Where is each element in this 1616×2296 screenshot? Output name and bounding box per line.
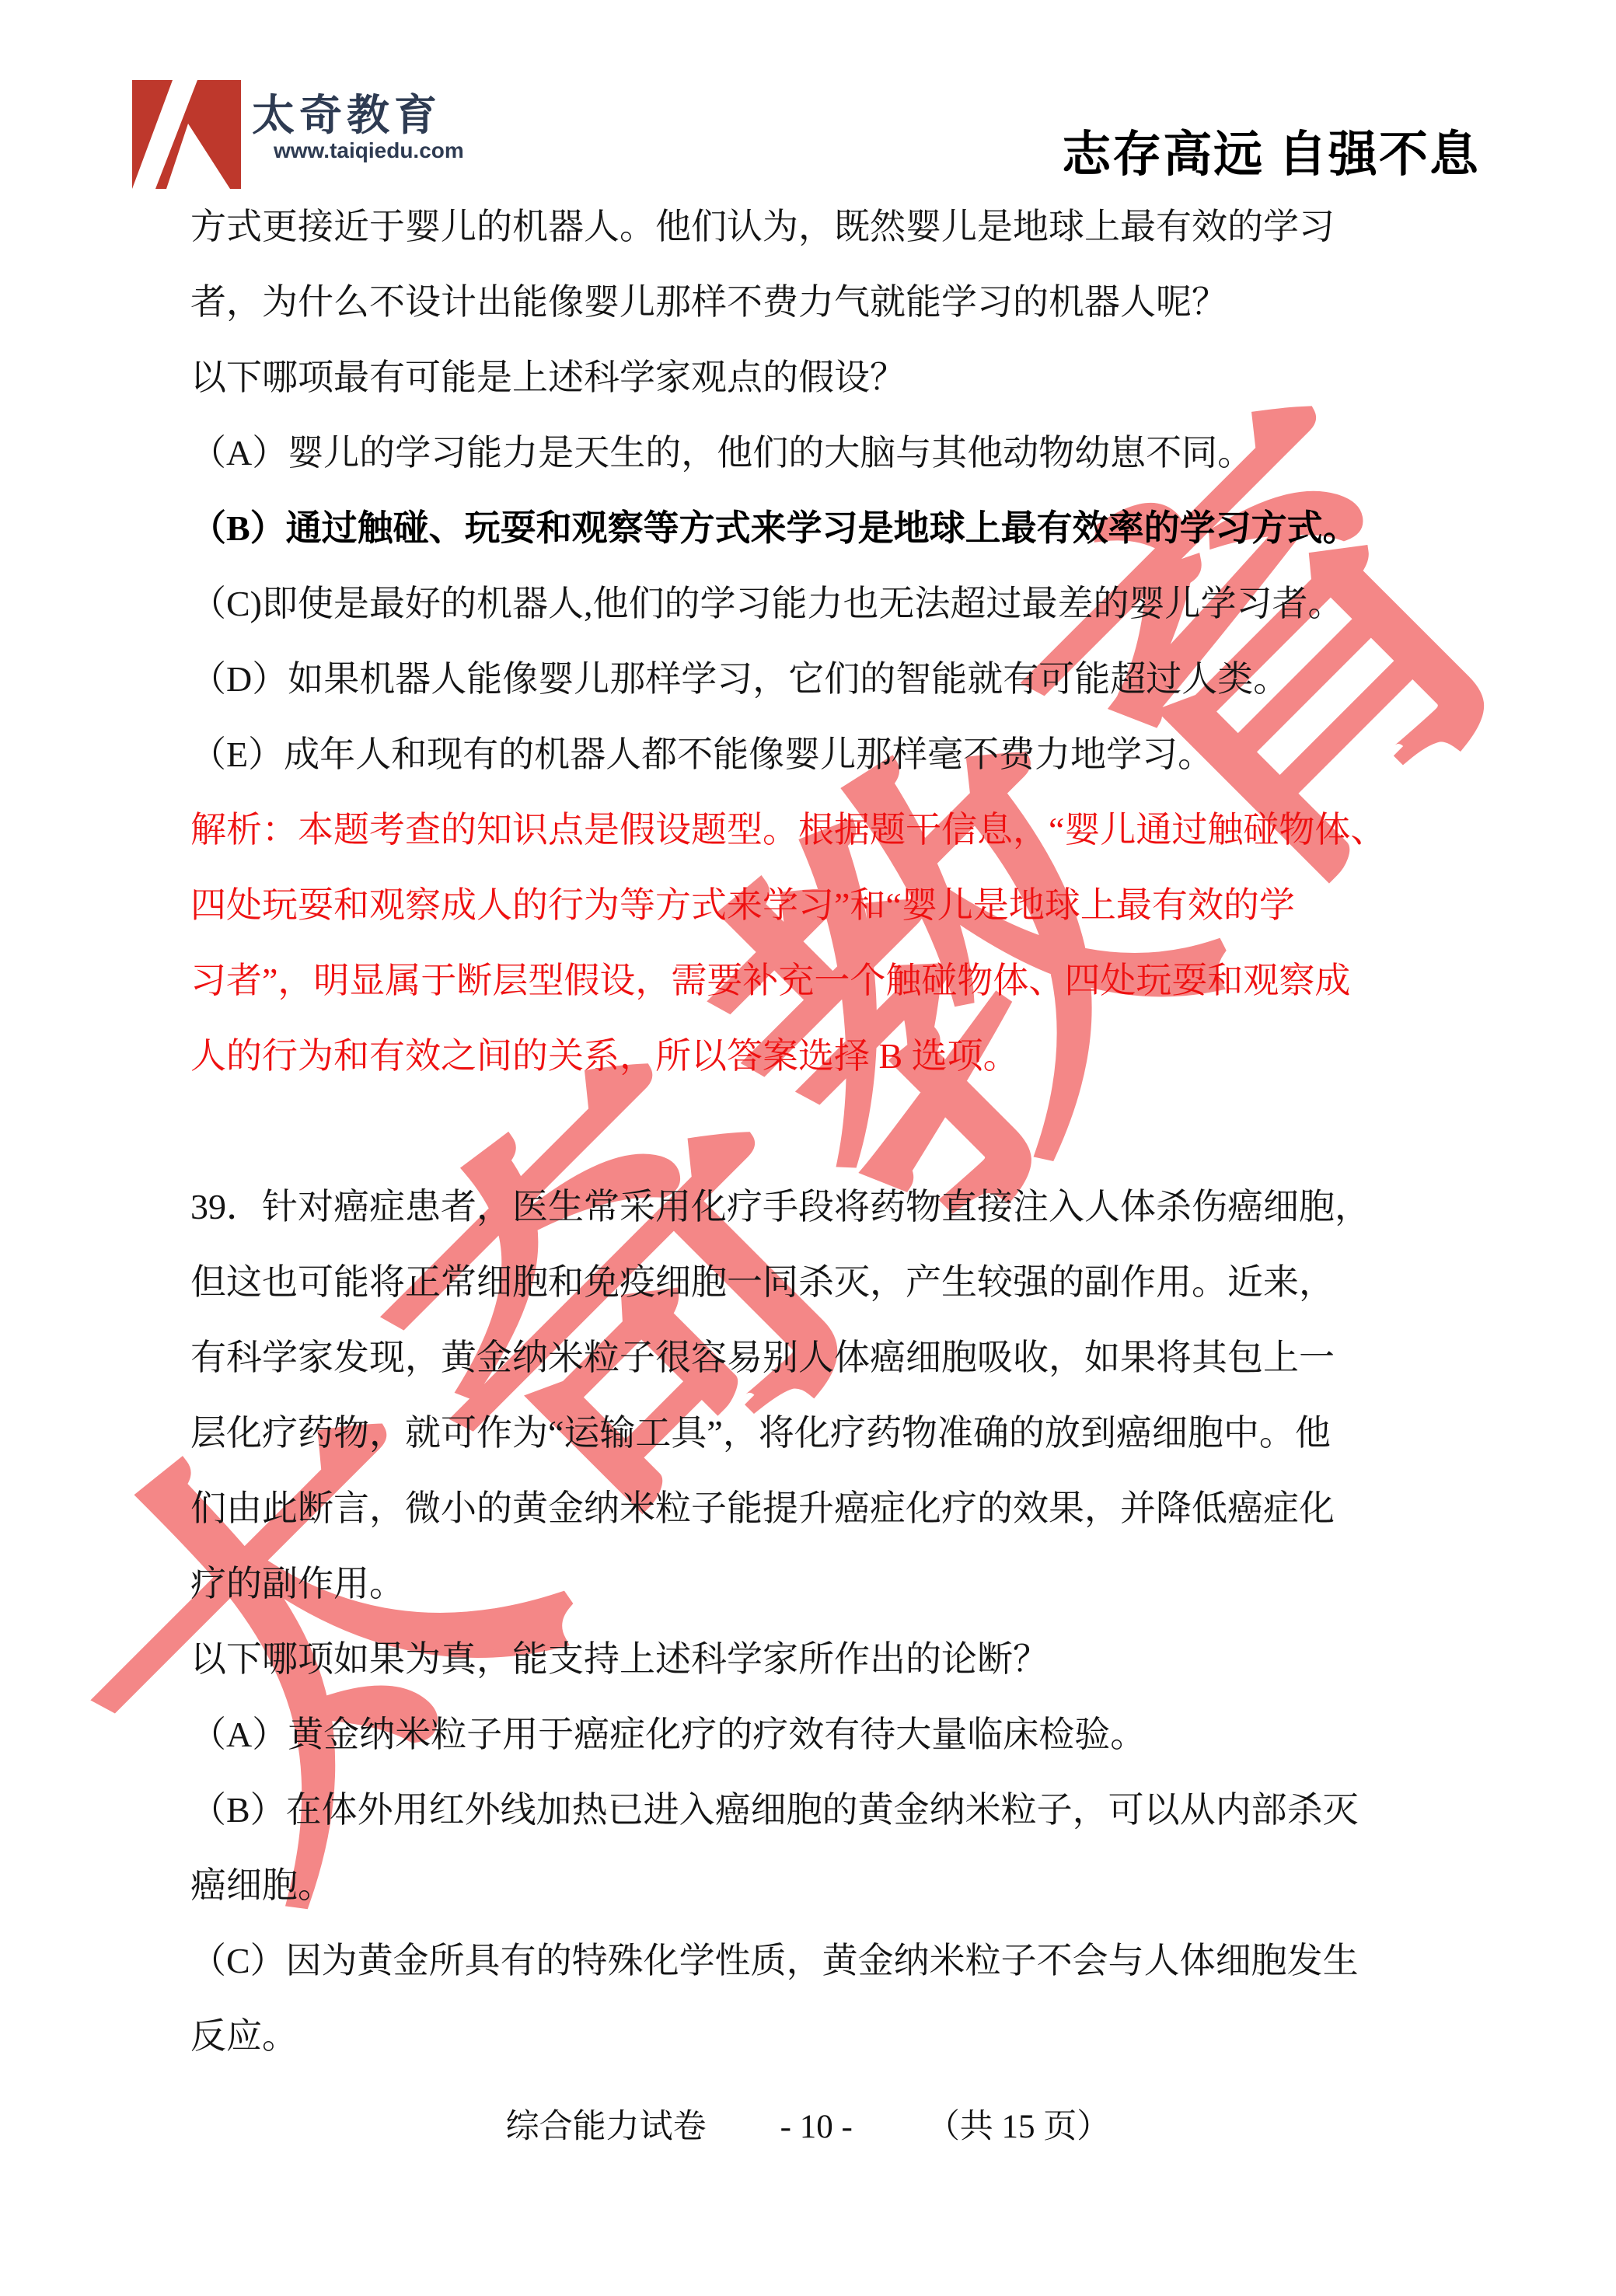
question-39-line: 39．针对癌症患者，医生常采用化疗手段将药物直接注入人体杀伤癌细胞， <box>190 1169 1442 1244</box>
text-line: 疗的副作用。 <box>190 1546 1442 1621</box>
analysis-line: 习者”，明显属于断层型假设，需要补充一个触碰物体、四处玩耍和观察成 <box>190 943 1442 1018</box>
option-d-line: （D）如果机器人能像婴儿那样学习，它们的智能就有可能超过人类。 <box>190 641 1442 717</box>
option-c-continuation-line: 反应。 <box>190 1998 1442 2074</box>
brand-url: www.taiqiedu.com <box>274 138 464 163</box>
text-line: 有科学家发现，黄金纳米粒子很容易别人体癌细胞吸收，如果将其包上一 <box>190 1320 1442 1395</box>
question-stem-line: 以下哪项最有可能是上述科学家观点的假设？ <box>190 340 1442 415</box>
blank-line <box>190 1094 1442 1169</box>
text-line: 但这也可能将正常细胞和免疫细胞一同杀灭，产生较强的副作用。近来， <box>190 1244 1442 1320</box>
analysis-line: 解析：本题考查的知识点是假设题型。根据题干信息，“婴儿通过触碰物体、 <box>190 792 1442 867</box>
question-stem-line: 以下哪项如果为真，能支持上述科学家所作出的论断？ <box>190 1621 1442 1697</box>
option-a-line: （A）黄金纳米粒子用于癌症化疗的疗效有待大量临床检验。 <box>190 1697 1442 1772</box>
document-body: 方式更接近于婴儿的机器人。他们认为，既然婴儿是地球上最有效的学习 者，为什么不设… <box>190 189 1442 2074</box>
text-line: 们由此断言，微小的黄金纳米粒子能提升癌症化疗的效果，并降低癌症化 <box>190 1471 1442 1546</box>
taiqi-logo-icon <box>132 80 241 189</box>
option-e-line: （E）成年人和现有的机器人都不能像婴儿那样毫不费力地学习。 <box>190 717 1442 792</box>
text-line: 层化疗药物，就可作为“运输工具”，将化疗药物准确的放到癌细胞中。他 <box>190 1395 1442 1471</box>
footer-total-pages: （共 15 页） <box>927 2100 1111 2148</box>
page-header: 太奇教育 www.taiqiedu.com 志存高远 自强不息 <box>0 0 1616 202</box>
option-b-line: （B）通过触碰、玩耍和观察等方式来学习是地球上最有效率的学习方式。 <box>190 490 1442 566</box>
exam-paper-page: 太奇教育 www.taiqiedu.com 志存高远 自强不息 太奇教育 方式更… <box>0 0 1616 2296</box>
footer-page-number: - 10 - <box>780 2108 853 2146</box>
option-c-line: （C）因为黄金所具有的特殊化学性质，黄金纳米粒子不会与人体细胞发生 <box>190 1923 1442 1998</box>
option-c-line: （C)即使是最好的机器人,他们的学习能力也无法超过最差的婴儿学习者。 <box>190 566 1442 641</box>
brand-name: 太奇教育 <box>252 81 442 142</box>
option-b-continuation-line: 癌细胞。 <box>190 1848 1442 1923</box>
analysis-line: 四处玩耍和观察成人的行为等方式来学习”和“婴儿是地球上最有效的学 <box>190 867 1442 943</box>
footer-paper-name: 综合能力试卷 <box>506 2100 707 2148</box>
text-line: 者，为什么不设计出能像婴儿那样不费力气就能学习的机器人呢？ <box>190 264 1442 340</box>
option-b-line: （B）在体外用红外线加热已进入癌细胞的黄金纳米粒子，可以从内部杀灭 <box>190 1772 1442 1848</box>
page-footer: 综合能力试卷 - 10 - （共 15 页） <box>0 2100 1616 2148</box>
slogan-text: 志存高远 自强不息 <box>1062 115 1480 186</box>
option-a-line: （A）婴儿的学习能力是天生的，他们的大脑与其他动物幼崽不同。 <box>190 415 1442 490</box>
analysis-line: 人的行为和有效之间的关系，所以答案选择 B 选项。 <box>190 1018 1442 1094</box>
